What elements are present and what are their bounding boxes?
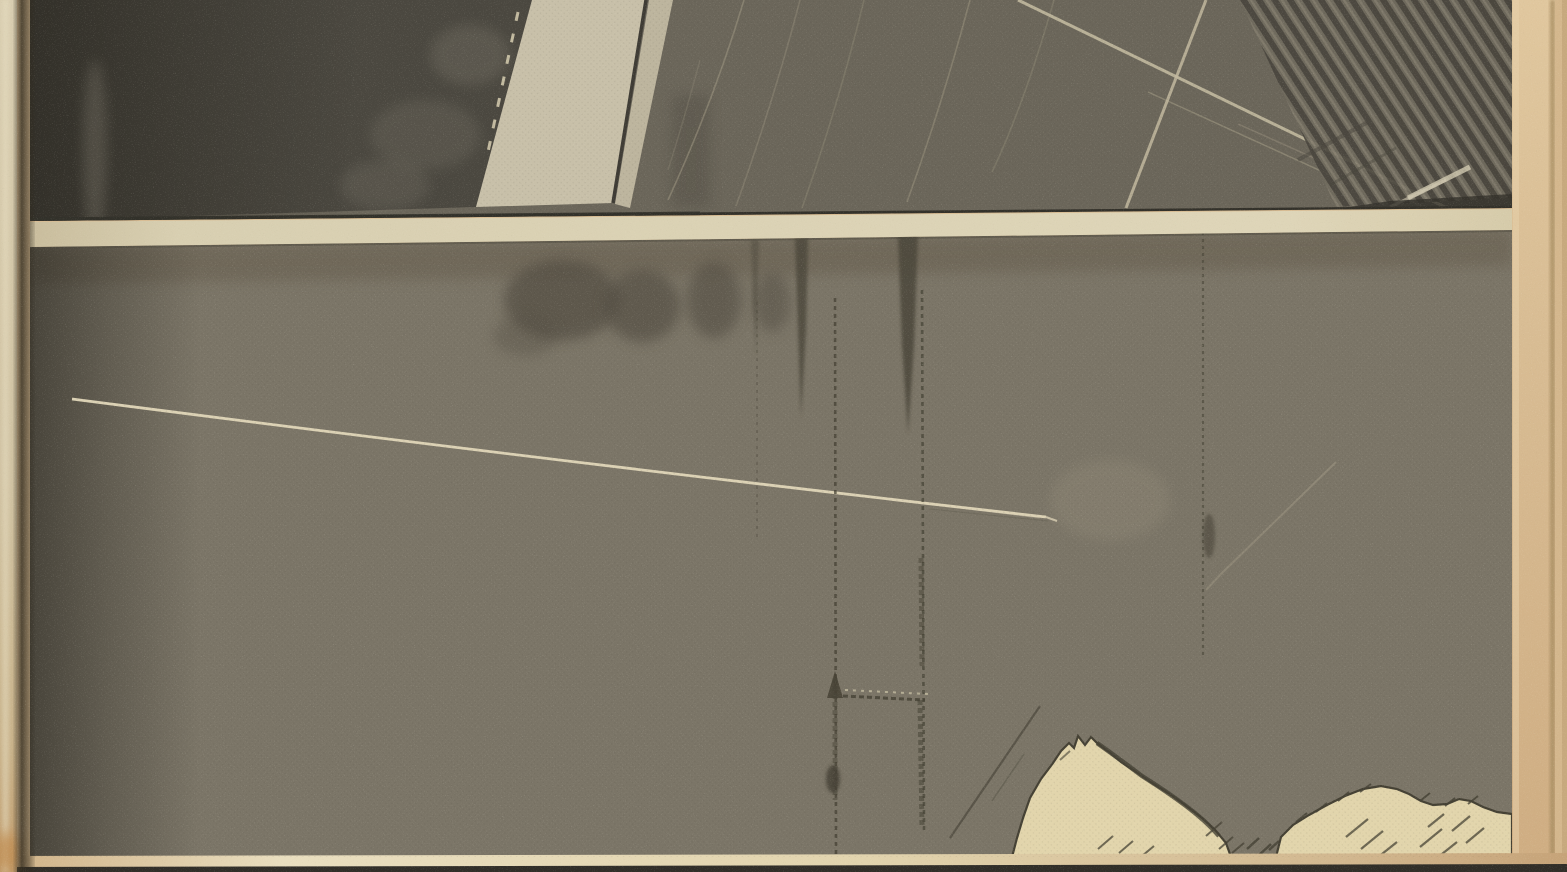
scanned-page-artwork	[0, 0, 1567, 872]
noise-texture-dark	[0, 0, 1567, 872]
scanned-book-page	[0, 0, 1567, 872]
grain-overlay	[0, 0, 1567, 872]
